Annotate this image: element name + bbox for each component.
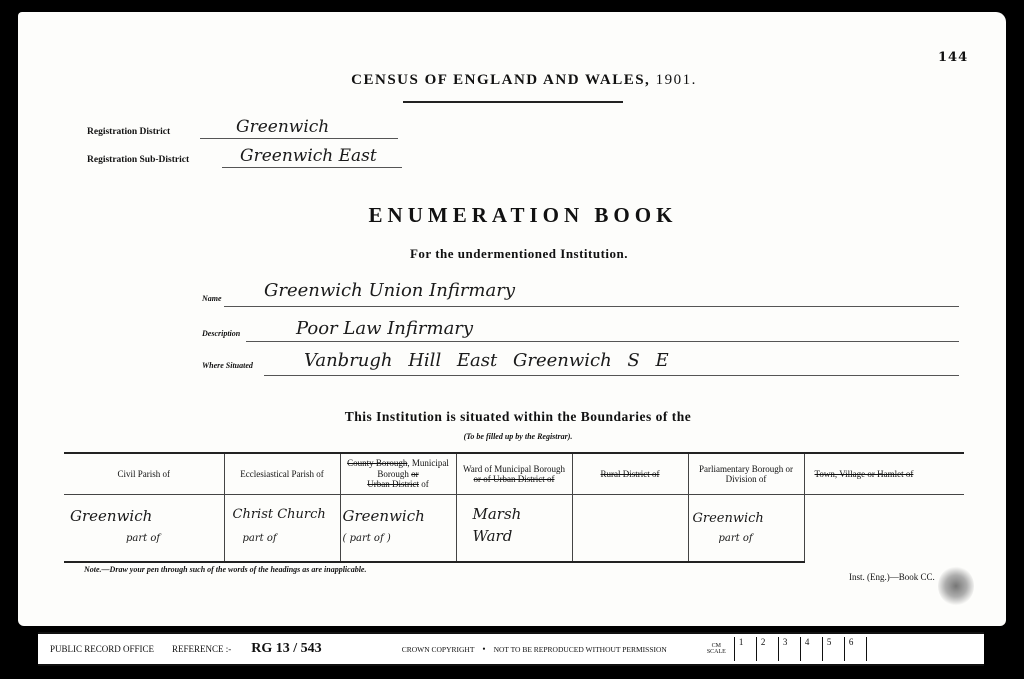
footer-permission: NOT TO BE REPRODUCED WITHOUT PERMISSION — [494, 645, 667, 654]
header-rural-district: Rural District of — [572, 453, 688, 495]
form-reference: Inst. (Eng.)—Book CC. — [849, 572, 935, 582]
value-ecclesiastical-parish: Christ Churchpart of — [224, 495, 340, 563]
header-ecclesiastical-parish: Ecclesiastical Parish of — [224, 453, 340, 495]
header-text-struck: County Borough — [347, 458, 407, 468]
value-ward: Marsh Ward — [456, 495, 572, 563]
header-municipal-borough: County Borough, Municipal Borough orUrba… — [340, 453, 456, 495]
header-civil-parish: Civil Parish of — [64, 453, 224, 495]
header-text: Ecclesiastical Parish of — [240, 469, 323, 479]
footer-cm-scale-label: CMSCALE — [707, 643, 726, 655]
cell-subvalue: part of — [243, 533, 277, 544]
institution-name-label: Name — [202, 294, 222, 303]
header-parliamentary-borough: Parliamentary Borough or Division of — [688, 453, 804, 495]
enumeration-book-title: ENUMERATION BOOK — [0, 203, 1024, 228]
institution-situated-label: Where Situated — [202, 361, 253, 370]
scale-mark: 2 — [756, 637, 778, 661]
header-ward: Ward of Municipal Borough or of Urban Di… — [456, 453, 572, 495]
institution-situated-value: Vanbrugh Hill East Greenwich S E — [264, 350, 959, 376]
scale-mark-end — [866, 637, 930, 661]
cell-value: Marsh Ward — [473, 503, 533, 547]
cell-subvalue: ( part of ) — [343, 533, 391, 544]
header-text-struck: or — [411, 469, 419, 479]
cell-value: Greenwich — [70, 507, 152, 525]
cell-subvalue: part of — [719, 533, 753, 544]
header-text: Civil Parish of — [117, 469, 170, 479]
footer-reference-value: RG 13 / 543 — [251, 641, 321, 657]
note-text: Note.—Draw your pen through such of the … — [84, 565, 366, 574]
institution-description-value: Poor Law Infirmary — [246, 318, 959, 342]
scale-mark: 1 — [734, 637, 756, 661]
census-year: 1901. — [656, 72, 697, 88]
census-title-text: CENSUS OF ENGLAND AND WALES, — [351, 72, 650, 88]
institution-name-value: Greenwich Union Infirmary — [224, 280, 959, 307]
cm-scale: 1 2 3 4 5 6 — [734, 637, 930, 661]
institution-description-label: Description — [202, 329, 240, 338]
scale-mark: 4 — [800, 637, 822, 661]
registration-subdistrict-label: Registration Sub-District — [87, 155, 189, 165]
registrar-instruction: (To be filled up by the Registrar). — [0, 432, 1024, 441]
value-civil-parish: Greenwichpart of — [64, 495, 224, 563]
header-text: of — [419, 479, 429, 489]
enumeration-book-subtitle: For the undermentioned Institution. — [0, 246, 1024, 262]
scale-label: SCALE — [707, 649, 726, 655]
title-rule — [403, 101, 623, 103]
header-text-struck: or of Urban District of — [474, 474, 555, 484]
census-title: CENSUS OF ENGLAND AND WALES, 1901. — [0, 72, 1024, 89]
boundaries-value-row: Greenwichpart of Christ Churchpart of Gr… — [64, 495, 964, 563]
header-text-struck: Town, Village or Hamlet of — [815, 469, 914, 479]
boundaries-header-row: Civil Parish of Ecclesiastical Parish of… — [64, 453, 964, 495]
scale-mark: 6 — [844, 637, 866, 661]
header-text-struck: Urban District — [367, 479, 419, 489]
header-text-struck: Rural District of — [601, 469, 660, 479]
header-text: Parliamentary Borough or Division of — [699, 464, 793, 484]
footer-reference-label: REFERENCE :- — [172, 644, 231, 654]
cell-value: Greenwich — [343, 507, 425, 525]
header-text: Ward of Municipal Borough — [463, 464, 565, 474]
registration-subdistrict-value: Greenwich East — [222, 146, 402, 168]
page-number: 144 — [938, 50, 968, 65]
registration-district-label: Registration District — [87, 127, 170, 137]
cell-value: Christ Church — [233, 507, 326, 522]
footer-separator: • — [482, 644, 485, 654]
archive-footer: PUBLIC RECORD OFFICE REFERENCE :- RG 13 … — [38, 632, 984, 666]
boundaries-table: Civil Parish of Ecclesiastical Parish of… — [64, 452, 964, 563]
value-town-village — [804, 495, 964, 563]
cell-subvalue: part of — [126, 533, 160, 544]
footer-copyright: CROWN COPYRIGHT — [402, 645, 475, 654]
value-municipal-borough: Greenwich( part of ) — [340, 495, 456, 563]
value-rural-district — [572, 495, 688, 563]
cell-value: Greenwich — [693, 511, 764, 526]
footer-office: PUBLIC RECORD OFFICE — [50, 644, 154, 654]
registration-district-value: Greenwich — [200, 117, 398, 139]
value-parliamentary-borough: Greenwichpart of — [688, 495, 804, 563]
boundaries-heading: This Institution is situated within the … — [0, 409, 1024, 425]
scale-mark: 3 — [778, 637, 800, 661]
scale-mark: 5 — [822, 637, 844, 661]
header-town-village: Town, Village or Hamlet of — [804, 453, 964, 495]
ink-smudge — [938, 566, 974, 606]
